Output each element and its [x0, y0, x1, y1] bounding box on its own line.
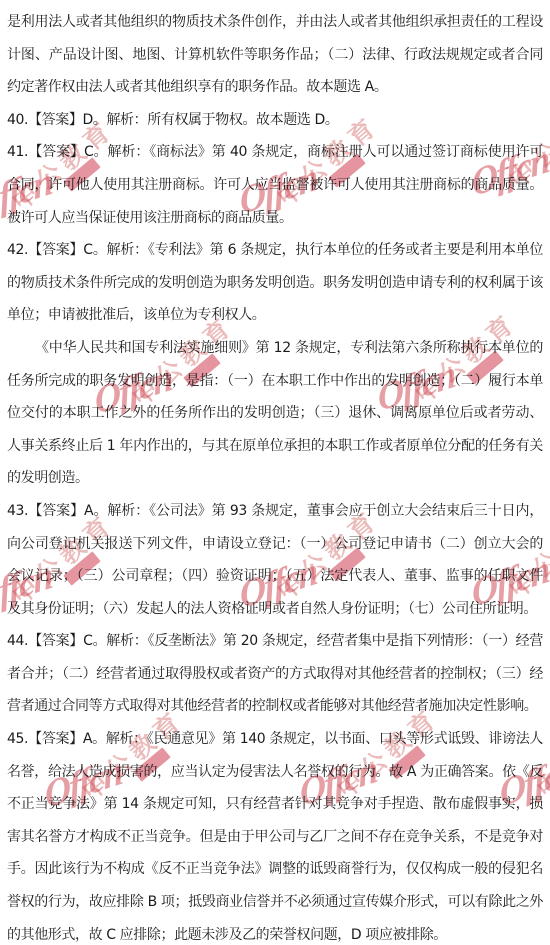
paragraph-answer-42: 42.【答案】C。解析：《专利法》第 6 条规定，执行本单位的任务或者主要是利用… — [7, 234, 543, 332]
answer-key-content: 是利用法人或者其他组织的物质技术条件创作，并由法人或者其他组织承担责任的工程设计… — [0, 0, 550, 945]
paragraph-answer-44: 44.【答案】C。解析：《反垄断法》第 20 条规定，经营者集中是指下列情形：（… — [7, 625, 543, 723]
paragraph-answer-42-supplement: 《中华人民共和国专利法实施细则》第 12 条规定，专利法第六条所称执行本单位的任… — [7, 332, 543, 495]
document-page: 中公教育 Offcn 中公教育 Offcn 中公教育 Offcn 中公教育 Of… — [0, 0, 550, 945]
paragraph-answer-41: 41.【答案】C。解析：《商标法》第 40 条规定，商标注册人可以通过签订商标使… — [7, 136, 543, 234]
paragraph-answer-40: 40.【答案】D。解析：所有权属于物权。故本题选 D。 — [7, 104, 543, 137]
paragraph-answer-43: 43.【答案】A。解析：《公司法》第 93 条规定，董事会应于创立大会结束后三十… — [7, 495, 543, 625]
paragraph-answer-39-continuation: 是利用法人或者其他组织的物质技术条件创作，并由法人或者其他组织承担责任的工程设计… — [7, 6, 543, 104]
paragraph-answer-45: 45.【答案】A。解析：《民通意见》第 140 条规定，以书面、口头等形式诋毁、… — [7, 723, 543, 945]
